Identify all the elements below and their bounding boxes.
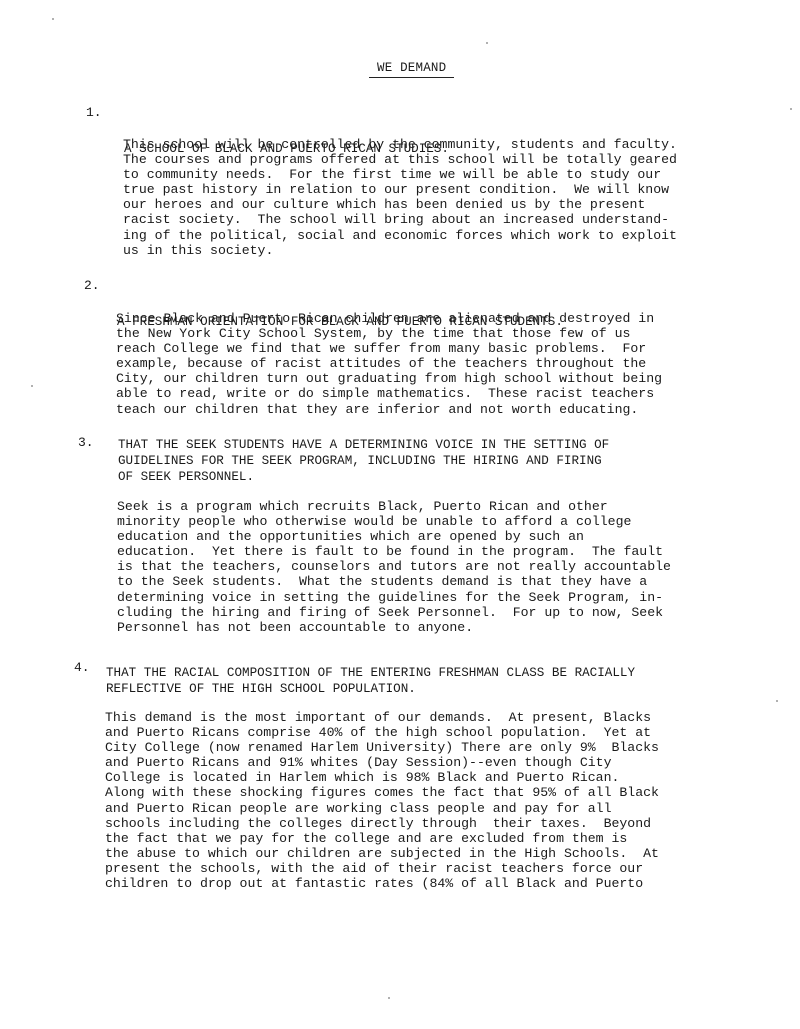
text-line: College is located in Harlem which is 98…: [105, 770, 659, 785]
demand-3-body: Seek is a program which recruits Black, …: [117, 499, 671, 635]
text-line: our heroes and our culture which has bee…: [123, 197, 677, 212]
text-line: children to drop out at fantastic rates …: [105, 876, 659, 891]
scan-speck: [388, 997, 390, 999]
demand-4-heading: THAT THE RACIAL COMPOSITION OF THE ENTER…: [106, 665, 635, 697]
text-line: This demand is the most important of our…: [105, 710, 659, 725]
text-line: schools including the colleges directly …: [105, 816, 659, 831]
text-line: Since Black and Puerto Rican children ar…: [116, 311, 662, 326]
text-line: education and the opportunities which ar…: [117, 529, 671, 544]
demand-1-body: This school will be controlled by the co…: [123, 137, 677, 258]
text-line: to community needs. For the first time w…: [123, 167, 677, 182]
text-line: City, our children turn out graduating f…: [116, 371, 662, 386]
demand-1-number: 1.: [86, 105, 102, 120]
text-line: OF SEEK PERSONNEL.: [118, 469, 609, 485]
text-line: the abuse to which our children are subj…: [105, 846, 659, 861]
scan-speck: [31, 385, 33, 387]
demand-3-heading: THAT THE SEEK STUDENTS HAVE A DETERMININ…: [118, 437, 609, 485]
demand-3-number: 3.: [78, 435, 94, 450]
text-line: Personnel has not been accountable to an…: [117, 620, 671, 635]
text-line: present the schools, with the aid of the…: [105, 861, 659, 876]
text-line: education. Yet there is fault to be foun…: [117, 544, 671, 559]
scan-speck: [486, 42, 488, 44]
text-line: THAT THE RACIAL COMPOSITION OF THE ENTER…: [106, 665, 635, 681]
text-line: This school will be controlled by the co…: [123, 137, 677, 152]
text-line: The courses and programs offered at this…: [123, 152, 677, 167]
text-line: City College (now renamed Harlem Univers…: [105, 740, 659, 755]
demand-4-number: 4.: [74, 660, 90, 675]
text-line: teach our children that they are inferio…: [116, 402, 662, 417]
text-line: Along with these shocking figures comes …: [105, 785, 659, 800]
text-line: Seek is a program which recruits Black, …: [117, 499, 671, 514]
text-line: to the Seek students. What the students …: [117, 574, 671, 589]
text-line: the fact that we pay for the college and…: [105, 831, 659, 846]
text-line: REFLECTIVE OF THE HIGH SCHOOL POPULATION…: [106, 681, 635, 697]
text-line: true past history in relation to our pre…: [123, 182, 677, 197]
text-line: racist society. The school will bring ab…: [123, 212, 677, 227]
demand-4-body: This demand is the most important of our…: [105, 710, 659, 891]
text-line: determining voice in setting the guideli…: [117, 590, 671, 605]
text-line: the New York City School System, by the …: [116, 326, 662, 341]
text-line: example, because of racist attitudes of …: [116, 356, 662, 371]
text-line: and Puerto Ricans and 91% whites (Day Se…: [105, 755, 659, 770]
text-line: and Puerto Ricans comprise 40% of the hi…: [105, 725, 659, 740]
demand-2-body: Since Black and Puerto Rican children ar…: [116, 311, 662, 417]
text-line: minority people who otherwise would be u…: [117, 514, 671, 529]
demand-2-number: 2.: [84, 278, 100, 293]
text-line: reach College we find that we suffer fro…: [116, 341, 662, 356]
text-line: and Puerto Rican people are working clas…: [105, 801, 659, 816]
text-line: ing of the political, social and economi…: [123, 228, 677, 243]
text-line: THAT THE SEEK STUDENTS HAVE A DETERMININ…: [118, 437, 609, 453]
page-title: WE DEMAND: [369, 61, 454, 78]
text-line: GUIDELINES FOR THE SEEK PROGRAM, INCLUDI…: [118, 453, 609, 469]
text-line: cluding the hiring and firing of Seek Pe…: [117, 605, 671, 620]
text-line: able to read, write or do simple mathema…: [116, 386, 662, 401]
scan-speck: [52, 18, 54, 20]
scan-speck: [790, 108, 792, 110]
text-line: is that the teachers, counselors and tut…: [117, 559, 671, 574]
scan-speck: [776, 700, 778, 702]
text-line: us in this society.: [123, 243, 677, 258]
